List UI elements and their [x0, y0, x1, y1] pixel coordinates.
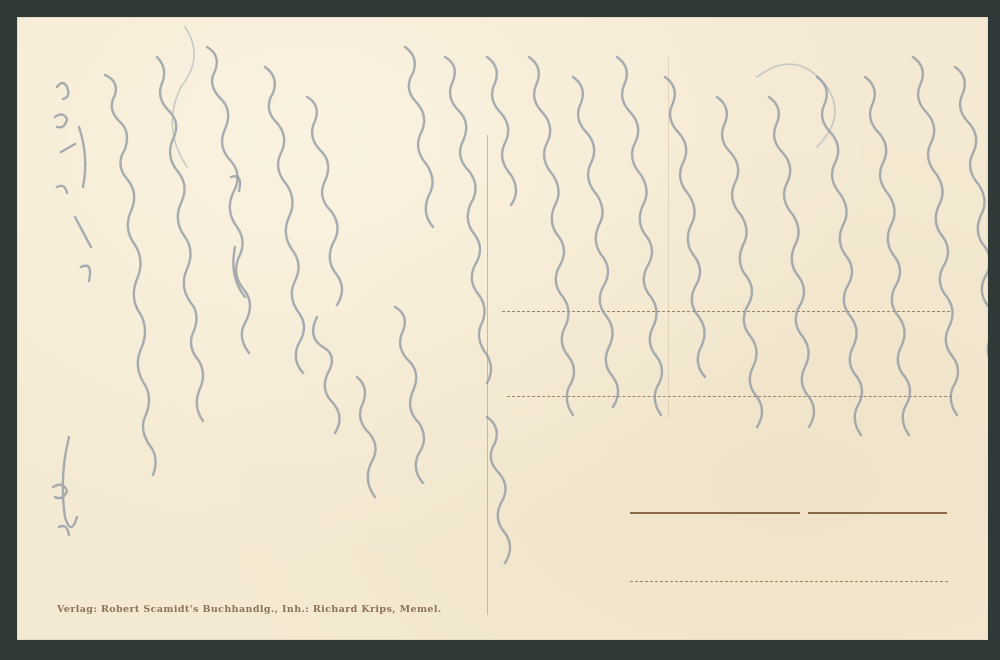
address-line-3b [808, 512, 947, 514]
center-divider-line [487, 135, 488, 615]
postcard-back: Verlag: Robert Scamidt's Buchhandlg., In… [17, 17, 988, 640]
publisher-imprint: Verlag: Robert Scamidt's Buchhandlg., In… [57, 604, 442, 615]
address-line-2 [507, 396, 952, 397]
pencil-handwriting [17, 17, 988, 640]
faint-margin-line [668, 57, 669, 417]
address-line-4 [630, 581, 948, 582]
address-line-1 [502, 311, 950, 312]
address-line-3a [630, 512, 800, 514]
